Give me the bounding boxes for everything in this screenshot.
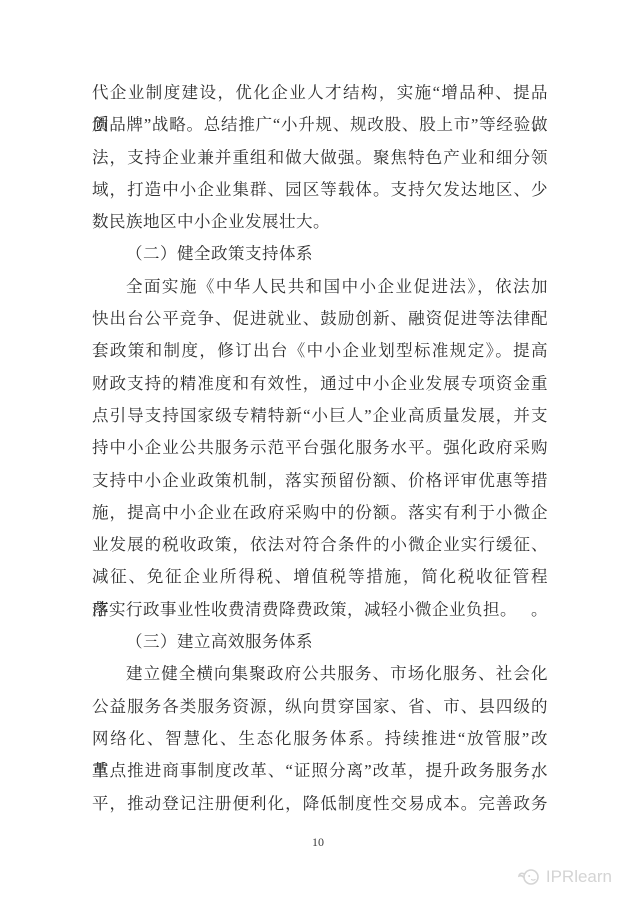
text-line: 减征、免征企业所得税、增值税等措施，简化税收征管程序。 — [92, 561, 548, 593]
section-heading: （三）建立高效服务体系 — [92, 626, 548, 658]
paragraph-continuation: 代企业制度建设，优化企业人才结构，实施“增品种、提品质、创品牌”战略。总结推广“… — [92, 77, 548, 238]
text-line: 建立健全横向集聚政府公共服务、市场化服务、社会化 — [92, 658, 548, 690]
section-heading: （二）健全政策支持体系 — [92, 238, 548, 270]
text-line: 法，支持企业兼并重组和做大做强。聚焦特色产业和细分领 — [92, 142, 548, 174]
watermark: IPRlearn — [517, 867, 612, 887]
text-line: 落实行政事业性收费清费降费政策，减轻小微企业负担。 — [92, 594, 548, 626]
text-line: 数民族地区中小企业发展壮大。 — [92, 206, 548, 238]
text-line: 网络化、智慧化、生态化服务体系。持续推进“放管服”改革， — [92, 723, 548, 755]
paragraph: 全面实施《中华人民共和国中小企业促进法》，依法加快出台公平竞争、促进就业、鼓励创… — [92, 271, 548, 626]
text-line: 域，打造中小企业集群、园区等载体。支持欠发达地区、少 — [92, 174, 548, 206]
text-line: 公益服务各类服务资源，纵向贯穿国家、省、市、县四级的 — [92, 691, 548, 723]
text-line: 创品牌”战略。总结推广“小升规、规改股、股上市”等经验做 — [92, 109, 548, 141]
text-line: 快出台公平竞争、促进就业、鼓励创新、融资促进等法律配 — [92, 303, 548, 335]
text-line: 平，推动登记注册便利化，降低制度性交易成本。完善政务 — [92, 788, 548, 820]
document-page: 代企业制度建设，优化企业人才结构，实施“增品种、提品质、创品牌”战略。总结推广“… — [0, 0, 636, 900]
text-line: （三）建立高效服务体系 — [92, 626, 548, 658]
watermark-text: IPRlearn — [546, 867, 612, 887]
paragraph: 建立健全横向集聚政府公共服务、市场化服务、社会化公益服务各类服务资源，纵向贯穿国… — [92, 658, 548, 819]
iprlearn-logo-icon — [517, 867, 541, 887]
text-line: 业发展的税收政策，依法对符合条件的小微企业实行缓征、 — [92, 529, 548, 561]
text-line: 持中小企业公共服务示范平台强化服务水平。强化政府采购 — [92, 432, 548, 464]
text-line: 重点推进商事制度改革、“证照分离”改革，提升政务服务水 — [92, 755, 548, 787]
page-number: 10 — [0, 835, 636, 850]
text-line: （二）健全政策支持体系 — [92, 238, 548, 270]
text-line: 套政策和制度，修订出台《中小企业划型标准规定》。提高 — [92, 335, 548, 367]
text-line: 施，提高中小企业在政府采购中的份额。落实有利于小微企 — [92, 497, 548, 529]
text-line: 点引导支持国家级专精特新“小巨人”企业高质量发展，并支 — [92, 400, 548, 432]
text-line: 支持中小企业政策机制，落实预留份额、价格评审优惠等措 — [92, 465, 548, 497]
text-line: 代企业制度建设，优化企业人才结构，实施“增品种、提品质、 — [92, 77, 548, 109]
text-line: 财政支持的精准度和有效性，通过中小企业发展专项资金重 — [92, 368, 548, 400]
text-line: 全面实施《中华人民共和国中小企业促进法》，依法加 — [92, 271, 548, 303]
document-body: 代企业制度建设，优化企业人才结构，实施“增品种、提品质、创品牌”战略。总结推广“… — [92, 77, 548, 820]
